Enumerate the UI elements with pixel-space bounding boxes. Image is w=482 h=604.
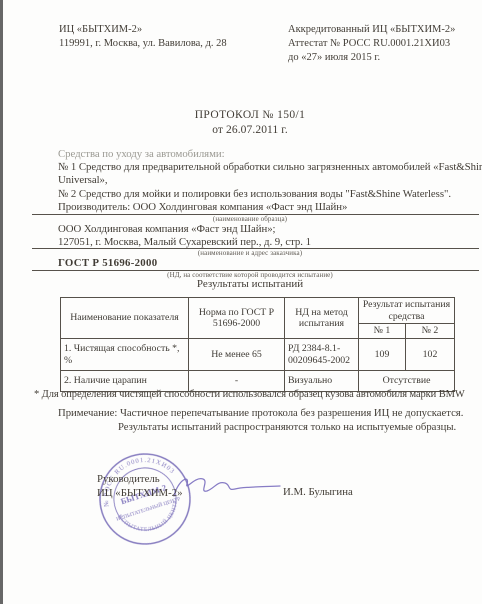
- table-row: 1. Чистящая способность *, % Не менее 65…: [61, 339, 455, 371]
- protocol-number: ПРОТОКОЛ № 150/1: [30, 108, 470, 123]
- row1-method-line1: РД 2384-8.1-: [288, 343, 340, 354]
- row1-result1: 109: [359, 339, 406, 371]
- footnote: * Для определения чистящей способности и…: [34, 389, 465, 400]
- sample-intro: Средства по уходу за автомобилями:: [58, 148, 225, 160]
- signatory-role-line2: ИЦ «БЫТХИМ-2»: [97, 487, 183, 499]
- note-line1: Примечание: Частичное перепечатывание пр…: [58, 407, 463, 419]
- sample-item1-line1: № 1 Средство для предварительной обработ…: [58, 161, 482, 173]
- attestation-number: Аттестат № РОСС RU.0001.21ХИ03: [288, 37, 455, 51]
- signatory-role-line1: Руководитель: [97, 473, 160, 485]
- producer-line: Производитель: ООО Холдинговая компания …: [58, 201, 347, 213]
- org-name: ИЦ «БЫТХИМ-2»: [59, 23, 227, 37]
- caption-customer: (наименование и адрес заказчика): [30, 249, 470, 257]
- sample-item2: № 2 Средство для мойки и полировки без и…: [58, 188, 451, 200]
- standard-value: ГОСТ Р 51696-2000: [58, 257, 157, 269]
- signatory-name: И.М. Булыгина: [283, 486, 353, 498]
- results-heading: Результаты испытаний: [30, 278, 470, 290]
- header-right: Аккредитованный ИЦ «БЫТХИМ-2» Аттестат №…: [288, 23, 455, 65]
- row1-method-line2: 00209645-2002: [288, 355, 350, 366]
- protocol-title: ПРОТОКОЛ № 150/1 от 26.07.2011 г.: [30, 108, 470, 138]
- scan-edge-artifact: [0, 0, 3, 604]
- header-left: ИЦ «БЫТХИМ-2» 119991, г. Москва, ул. Вав…: [59, 23, 227, 51]
- signature-stroke: [174, 479, 280, 496]
- header-result: Результат испытания средства: [359, 298, 455, 324]
- header-method: НД на метод испытания: [285, 298, 359, 339]
- table-header-row: Наименование показателя Норма по ГОСТ Р …: [61, 298, 455, 324]
- accreditation-line: Аккредитованный ИЦ «БЫТХИМ-2»: [288, 23, 455, 37]
- protocol-date: от 26.07.2011 г.: [30, 123, 470, 138]
- header-indicator: Наименование показателя: [61, 298, 189, 339]
- sample-item1-line2: Universal»,: [58, 174, 108, 186]
- row1-method: РД 2384-8.1-00209645-2002: [285, 339, 359, 371]
- attestation-valid-until: до «27» июля 2015 г.: [288, 51, 455, 65]
- customer-name: ООО Холдинговая компания «Фаст энд Шайн»…: [58, 223, 276, 235]
- results-table: Наименование показателя Норма по ГОСТ Р …: [60, 297, 455, 392]
- header-norm: Норма по ГОСТ Р 51696-2000: [189, 298, 285, 339]
- subheader-no1: № 1: [359, 324, 406, 339]
- org-address: 119991, г. Москва, ул. Вавилова, д. 28: [59, 37, 227, 51]
- row1-indicator: 1. Чистящая способность *, %: [61, 339, 189, 371]
- customer-address: 127051, г. Москва, Малый Сухаревский пер…: [58, 236, 311, 248]
- caption-sample: (наименование образца): [30, 215, 470, 223]
- row1-result2: 102: [406, 339, 455, 371]
- handwritten-signature: [168, 468, 290, 510]
- subheader-no2: № 2: [406, 324, 455, 339]
- row1-norm: Не менее 65: [189, 339, 285, 371]
- document-page: ИЦ «БЫТХИМ-2» 119991, г. Москва, ул. Вав…: [0, 0, 482, 604]
